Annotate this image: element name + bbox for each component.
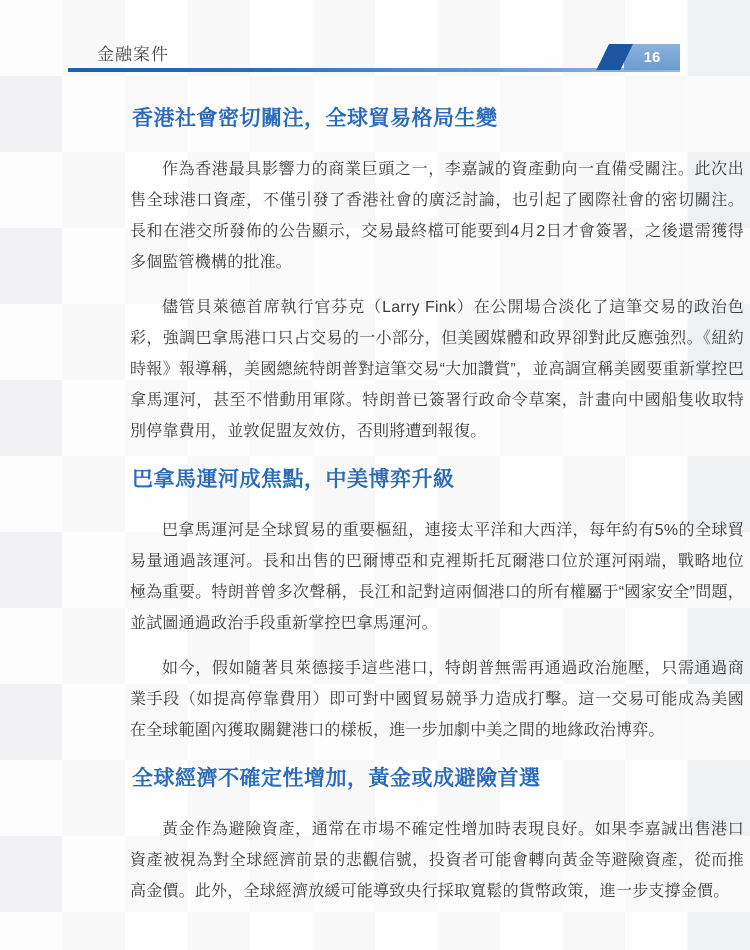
paragraph: 如今，假如隨著貝萊德接手這些港口，特朗普無需再通過政治施壓，只需通過商業手段（如… [130,653,744,746]
page-background: { "header": { "title": "金融案件", "page_num… [0,0,750,950]
section-gold-safe-haven: 全球經濟不確定性增加，黃金或成避險首選 黃金作為避險資產，通常在市場不確定性增加… [130,764,744,907]
paragraph: 作為香港最具影響力的商業巨頭之一，李嘉誠的資產動向一直備受關注。此次出售全球港口… [130,154,744,278]
section-heading: 全球經濟不確定性增加，黃金或成避險首選 [132,764,744,794]
page-number-badge: 16 [605,44,680,70]
section-hong-kong-attention: 香港社會密切關注，全球貿易格局生變 作為香港最具影響力的商業巨頭之一，李嘉誠的資… [130,104,744,447]
section-panama-canal: 巴拿馬運河成焦點，中美博弈升級 巴拿馬運河是全球貿易的重要樞紐，連接太平洋和大西… [130,465,744,746]
paragraph: 巴拿馬運河是全球貿易的重要樞紐，連接太平洋和大西洋，每年約有5%的全球貿易量通過… [130,515,744,639]
section-heading: 香港社會密切關注，全球貿易格局生變 [132,104,744,134]
section-heading: 巴拿馬運河成焦點，中美博弈升級 [132,465,744,495]
paragraph: 黃金作為避險資產，通常在市場不確定性增加時表現良好。如果李嘉誠出售港口資產被視為… [130,814,744,907]
document-page: 金融案件 16 香港社會密切關注，全球貿易格局生變 作為香港最具影響力的商業巨頭… [62,0,688,950]
paragraph: 儘管貝萊德首席執行官芬克（Larry Fink）在公開場合淡化了這筆交易的政治色… [130,292,744,447]
page-number: 16 [624,44,680,70]
article-content: 香港社會密切關注，全球貿易格局生變 作為香港最具影響力的商業巨頭之一，李嘉誠的資… [130,0,744,921]
